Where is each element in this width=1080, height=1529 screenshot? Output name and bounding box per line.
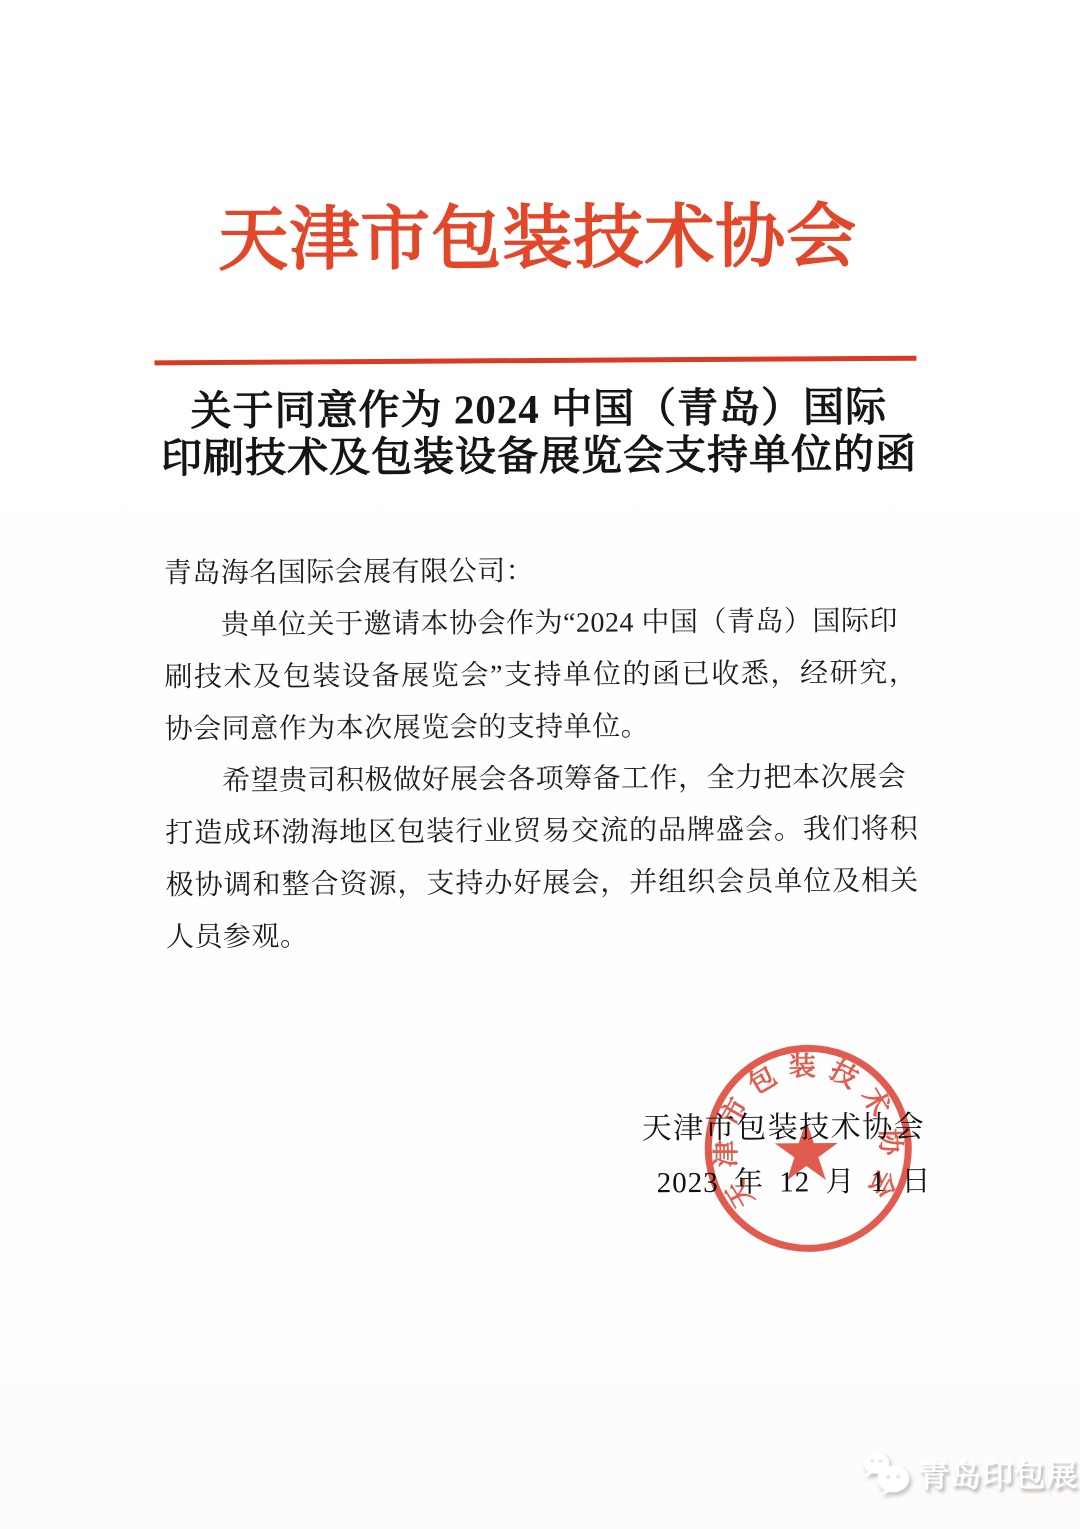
document-title-line1: 关于同意作为 2024 中国（青岛）国际 — [89, 383, 989, 435]
publisher-watermark: 青岛印包展 — [861, 1449, 1078, 1496]
official-seal-stamp: 天津市包装技术协会 — [696, 1036, 921, 1261]
body-line: 打造成环渤海地区包装行业贸易交流的品牌盛会。我们将积 — [165, 804, 918, 861]
letter-body: 青岛海名国际会展有限公司： 贵单位关于邀请本协会作为“2024 中国（青岛）国际… — [164, 544, 920, 965]
body-line: 刷技术及包装设备展览会”支持单位的函已收悉，经研究， — [164, 648, 917, 705]
watermark-label: 青岛印包展 — [918, 1449, 1078, 1495]
scan-content: 天津市包装技术协会 关于同意作为 2024 中国（青岛）国际 印刷技术及包装设备… — [0, 0, 1080, 1529]
body-line: 贵单位关于邀请本协会作为“2024 中国（青岛）国际印 — [164, 596, 917, 653]
document-title-line2: 印刷技术及包装设备展览会支持单位的函 — [89, 430, 989, 482]
star-icon — [775, 1120, 838, 1180]
seal-svg: 天津市包装技术协会 — [696, 1036, 921, 1261]
document-title: 关于同意作为 2024 中国（青岛）国际 印刷技术及包装设备展览会支持单位的函 — [89, 383, 990, 482]
letterhead-divider-rule — [154, 356, 916, 366]
wechat-icon — [861, 1450, 911, 1496]
body-line: 协会同意作为本次展览会的支持单位。 — [165, 700, 918, 757]
letter-document: 天津市包装技术协会 关于同意作为 2024 中国（青岛）国际 印刷技术及包装设备… — [0, 0, 1080, 1529]
letterhead-org-name: 天津市包装技术协会 — [0, 179, 1078, 287]
recipient-line: 青岛海名国际会展有限公司： — [164, 544, 917, 601]
body-line: 极协调和整合资源，支持办好展会，并组织会员单位及相关 — [166, 856, 919, 913]
body-line: 希望贵司积极做好展会各项筹备工作，全力把本次展会 — [165, 752, 918, 809]
body-line: 人员参观。 — [166, 908, 919, 965]
